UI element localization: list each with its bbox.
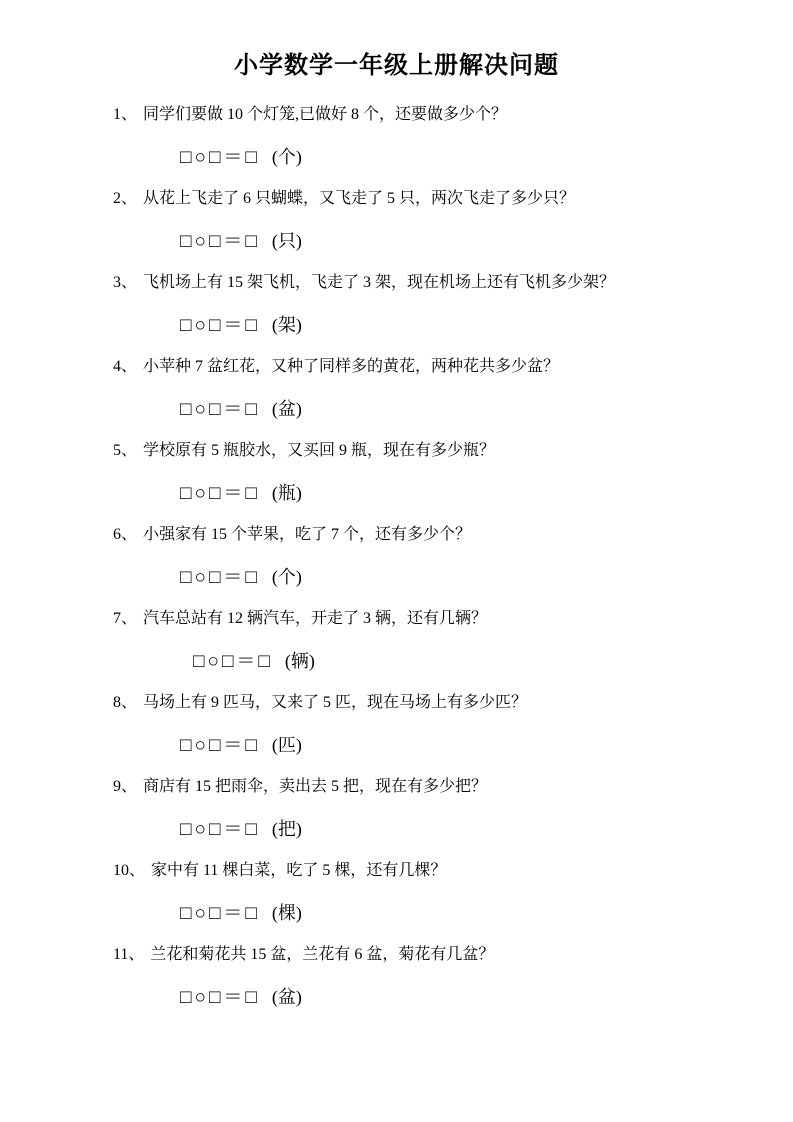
answer-equation: □○□＝□ [180, 315, 260, 336]
problem-question: 2、从花上飞走了 6 只蝴蝶，又飞走了 5 只，两次飞走了多少只？ [113, 189, 733, 209]
problem-item: 11、兰花和菊花共 15 盆，兰花有 6 盆，菊花有几盆？ □○□＝□(盆) [0, 945, 793, 1009]
answer-line: □○□＝□(棵) [180, 902, 793, 925]
answer-unit: (把) [272, 819, 302, 839]
problem-question: 7、汽车总站有 12 辆汽车，开走了 3 辆，还有几辆？ [113, 609, 733, 629]
problem-text: 汽车总站有 12 辆汽车，开走了 3 辆，还有几辆？ [143, 610, 487, 627]
answer-equation: □○□＝□ [180, 567, 260, 588]
problem-question: 4、小苹种 7 盆红花，又种了同样多的黄花，两种花共多少盆？ [113, 357, 733, 377]
answer-unit: (瓶) [272, 483, 302, 503]
answer-line: □○□＝□(匹) [180, 734, 793, 757]
problem-item: 1、同学们要做 10 个灯笼,已做好 8 个，还要做多少个？ □○□＝□(个) [0, 105, 793, 169]
answer-equation: □○□＝□ [180, 399, 260, 420]
answer-unit: (盆) [272, 399, 302, 419]
problem-text: 飞机场上有 15 架飞机，飞走了 3 架，现在机场上还有飞机多少架？ [143, 274, 615, 291]
answer-unit: (辆) [285, 651, 315, 671]
problem-text: 小苹种 7 盆红花，又种了同样多的黄花，两种花共多少盆？ [143, 358, 559, 375]
problem-item: 10、家中有 11 棵白菜，吃了 5 棵，还有几棵？ □○□＝□(棵) [0, 861, 793, 925]
answer-unit: (架) [272, 315, 302, 335]
problem-item: 6、小强家有 15 个苹果，吃了 7 个，还有多少个？ □○□＝□(个) [0, 525, 793, 589]
problem-question: 8、马场上有 9 匹马，又来了 5 匹，现在马场上有多少匹？ [113, 693, 733, 713]
answer-line: □○□＝□(个) [180, 566, 793, 589]
answer-equation: □○□＝□ [180, 147, 260, 168]
answer-equation: □○□＝□ [180, 735, 260, 756]
problem-item: 4、小苹种 7 盆红花，又种了同样多的黄花，两种花共多少盆？ □○□＝□(盆) [0, 357, 793, 421]
problem-number: 6、 [113, 526, 137, 543]
problem-number: 10、 [113, 862, 145, 879]
problem-item: 9、商店有 15 把雨伞，卖出去 5 把，现在有多少把？ □○□＝□(把) [0, 777, 793, 841]
answer-unit: (个) [272, 567, 302, 587]
problem-number: 11、 [113, 946, 144, 963]
problem-text: 同学们要做 10 个灯笼,已做好 8 个，还要做多少个？ [143, 106, 507, 123]
answer-line: □○□＝□(瓶) [180, 482, 793, 505]
answer-unit: (匹) [272, 735, 302, 755]
answer-equation: □○□＝□ [180, 903, 260, 924]
problem-text: 商店有 15 把雨伞，卖出去 5 把，现在有多少把？ [143, 778, 487, 795]
answer-equation: □○□＝□ [180, 987, 260, 1008]
problem-question: 9、商店有 15 把雨伞，卖出去 5 把，现在有多少把？ [113, 777, 733, 797]
page-title: 小学数学一年级上册解决问题 [0, 50, 793, 82]
problem-question: 10、家中有 11 棵白菜，吃了 5 棵，还有几棵？ [113, 861, 733, 881]
problem-text: 家中有 11 棵白菜，吃了 5 棵，还有几棵？ [151, 862, 446, 879]
answer-line: □○□＝□(架) [180, 314, 793, 337]
answer-line: □○□＝□(个) [180, 146, 793, 169]
problem-item: 8、马场上有 9 匹马，又来了 5 匹，现在马场上有多少匹？ □○□＝□(匹) [0, 693, 793, 757]
problem-number: 4、 [113, 358, 137, 375]
problem-number: 5、 [113, 442, 137, 459]
answer-line: □○□＝□(只) [180, 230, 793, 253]
answer-unit: (盆) [272, 987, 302, 1007]
answer-line: □○□＝□(盆) [180, 398, 793, 421]
problem-number: 3、 [113, 274, 137, 291]
problem-text: 马场上有 9 匹马，又来了 5 匹，现在马场上有多少匹？ [143, 694, 527, 711]
problem-text: 小强家有 15 个苹果，吃了 7 个，还有多少个？ [143, 526, 471, 543]
problem-question: 3、飞机场上有 15 架飞机，飞走了 3 架，现在机场上还有飞机多少架？ [113, 273, 733, 293]
problem-question: 5、学校原有 5 瓶胶水，又买回 9 瓶，现在有多少瓶？ [113, 441, 733, 461]
problem-number: 2、 [113, 190, 137, 207]
answer-unit: (棵) [272, 903, 302, 923]
problem-text: 学校原有 5 瓶胶水，又买回 9 瓶，现在有多少瓶？ [143, 442, 495, 459]
problem-question: 6、小强家有 15 个苹果，吃了 7 个，还有多少个？ [113, 525, 733, 545]
problem-question: 1、同学们要做 10 个灯笼,已做好 8 个，还要做多少个？ [113, 105, 733, 125]
problem-text: 从花上飞走了 6 只蝴蝶，又飞走了 5 只，两次飞走了多少只？ [143, 190, 575, 207]
problem-number: 7、 [113, 610, 137, 627]
problem-number: 8、 [113, 694, 137, 711]
answer-equation: □○□＝□ [180, 819, 260, 840]
answer-equation: □○□＝□ [180, 483, 260, 504]
problem-item: 2、从花上飞走了 6 只蝴蝶，又飞走了 5 只，两次飞走了多少只？ □○□＝□(… [0, 189, 793, 253]
worksheet-page: 小学数学一年级上册解决问题 1、同学们要做 10 个灯笼,已做好 8 个，还要做… [0, 0, 793, 1122]
answer-unit: (只) [272, 231, 302, 251]
problem-number: 9、 [113, 778, 137, 795]
problem-item: 7、汽车总站有 12 辆汽车，开走了 3 辆，还有几辆？ □○□＝□(辆) [0, 609, 793, 673]
problem-list: 1、同学们要做 10 个灯笼,已做好 8 个，还要做多少个？ □○□＝□(个) … [0, 105, 793, 1009]
answer-line: □○□＝□(辆) [193, 650, 793, 673]
answer-line: □○□＝□(盆) [180, 986, 793, 1009]
problem-item: 5、学校原有 5 瓶胶水，又买回 9 瓶，现在有多少瓶？ □○□＝□(瓶) [0, 441, 793, 505]
problem-item: 3、飞机场上有 15 架飞机，飞走了 3 架，现在机场上还有飞机多少架？ □○□… [0, 273, 793, 337]
problem-text: 兰花和菊花共 15 盆，兰花有 6 盆，菊花有几盆？ [150, 946, 494, 963]
problem-number: 1、 [113, 106, 137, 123]
answer-line: □○□＝□(把) [180, 818, 793, 841]
answer-equation: □○□＝□ [180, 231, 260, 252]
answer-unit: (个) [272, 147, 302, 167]
answer-equation: □○□＝□ [193, 651, 273, 672]
problem-question: 11、兰花和菊花共 15 盆，兰花有 6 盆，菊花有几盆？ [113, 945, 733, 965]
